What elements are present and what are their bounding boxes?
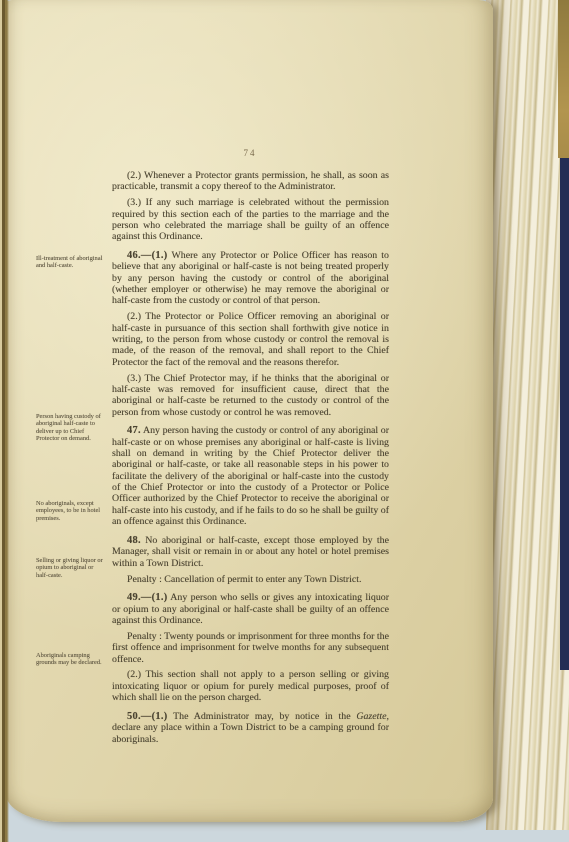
paragraph-section-49: 49.—(1.) Any person who sells or gives a… [112, 592, 389, 626]
paragraph-section-48: 48. No aboriginal or half-caste, except … [112, 535, 389, 569]
book-cover-edge-top [558, 0, 569, 158]
margin-note: Person having custody of aboriginal half… [36, 413, 104, 442]
paragraph: (3.) The Chief Protector may, if he thin… [112, 373, 389, 418]
book-gutter-shadow [0, 0, 9, 842]
paragraph-penalty: Penalty : Cancellation of permit to ente… [112, 574, 389, 585]
book-scan-photo: 74 Ill-treatment of aboriginal and half-… [0, 0, 569, 842]
gazette-italic: Gazette [356, 711, 386, 722]
section-number: 50.—(1.) [127, 711, 168, 722]
paragraph-section-46: 46.—(1.) Where any Protector or Police O… [112, 250, 389, 307]
margin-note: Aboriginals camping grounds may be decla… [36, 652, 104, 667]
margin-note: Selling or giving liquor or opium to abo… [36, 557, 104, 579]
section-number: 47. [127, 425, 141, 436]
section-number: 48. [127, 535, 141, 546]
paragraph: (3.) If any such marriage is celebrated … [112, 197, 389, 242]
body-text: (2.) Whenever a Protector grants permiss… [112, 170, 389, 749]
book-cover-navy-edge [560, 158, 569, 670]
section-number: 46.—(1.) [127, 250, 168, 261]
paragraph: (2.) This section shall not apply to a p… [112, 669, 389, 703]
scanned-page: 74 Ill-treatment of aboriginal and half-… [6, 0, 493, 822]
book-page-edges [486, 0, 569, 830]
paragraph: (2.) Whenever a Protector grants permiss… [112, 170, 389, 193]
section-number: 49.—(1.) [127, 592, 168, 603]
paragraph: (2.) The Protector or Police Officer rem… [112, 311, 389, 368]
paragraph-penalty: Penalty : Twenty pounds or imprisonment … [112, 631, 389, 665]
margin-note: No aboriginals, except employees, to be … [36, 500, 104, 522]
paragraph-section-50: 50.—(1.) The Administrator may, by notic… [112, 711, 389, 745]
paragraph-section-47: 47. Any person having the custody or con… [112, 425, 389, 527]
margin-note: Ill-treatment of aboriginal and half-cas… [36, 255, 104, 270]
page-number: 74 [112, 148, 388, 158]
